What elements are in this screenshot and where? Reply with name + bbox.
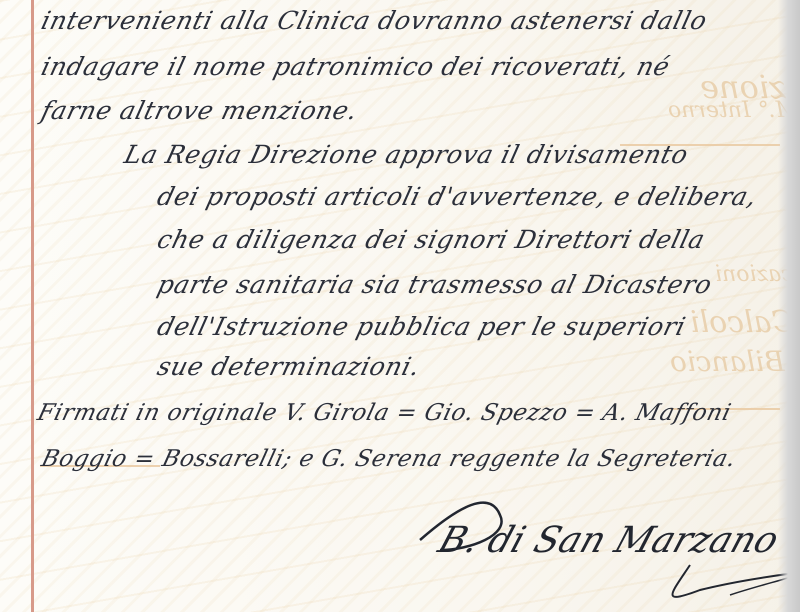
paragraph-line: sue determinazioni. — [154, 352, 423, 381]
paragraph-line: dell'Istruzione pubblica per le superior… — [154, 312, 688, 341]
bleed-through-text: Bilancio — [670, 345, 785, 378]
text-line: intervenienti alla Clinica dovranno aste… — [38, 6, 710, 35]
paragraph-line: La Regia Direzione approva il divisament… — [121, 140, 691, 169]
book-binding-edge — [778, 0, 800, 612]
signatories-line: Firmati in originale V. Girola = Gio. Sp… — [35, 400, 734, 426]
text-line: farne altrove menzione. — [38, 96, 360, 125]
text-line: indagare il nome patronimico dei ricover… — [38, 52, 673, 81]
paragraph-line: che a diligenza dei signori Direttori de… — [154, 225, 708, 254]
paragraph-line: parte sanitaria sia trasmesso al Dicaste… — [154, 270, 715, 299]
margin-rule — [31, 0, 34, 612]
signature: B. di San Marzano — [433, 520, 783, 561]
manuscript-page: Relazione M.° Interno Comunicazioni Calc… — [0, 0, 800, 612]
paragraph-line: dei proposti articoli d'avvertenze, e de… — [154, 182, 760, 211]
signatories-line: Boggio = Bossarelli; e G. Serena reggent… — [39, 446, 739, 472]
